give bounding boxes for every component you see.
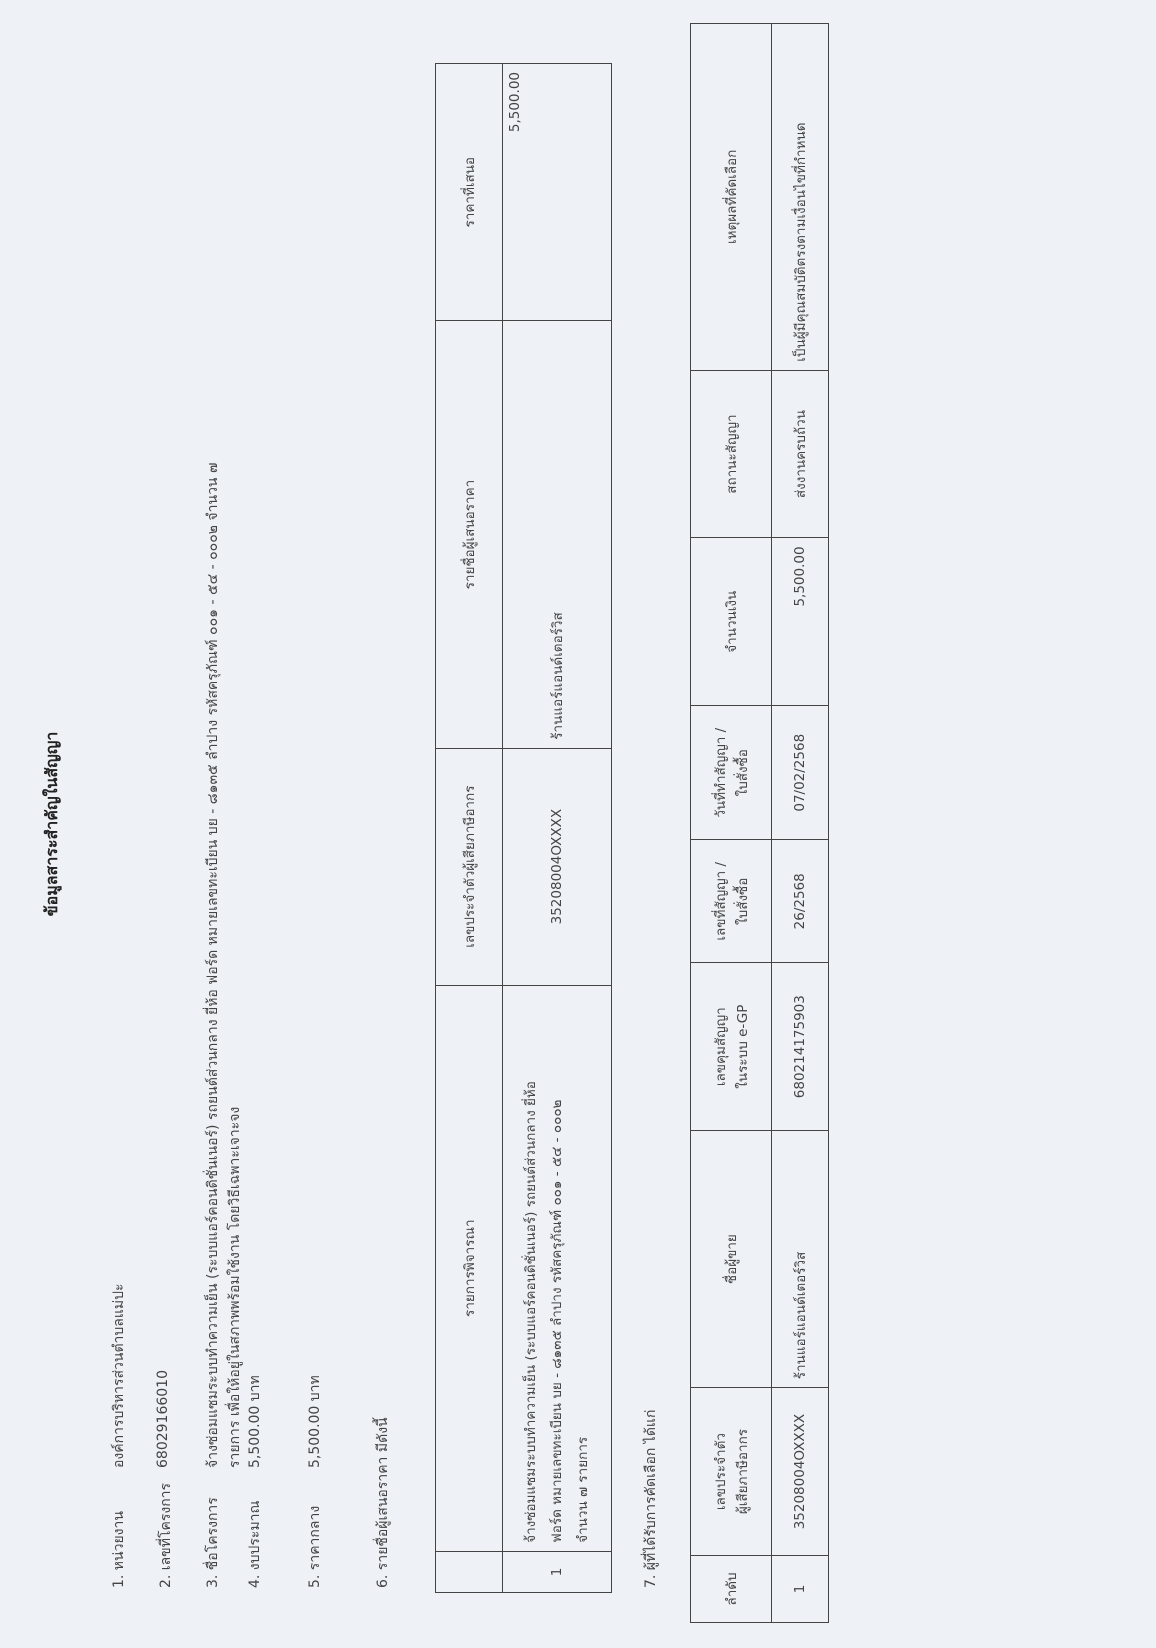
field-value: 5,500.00 บาท: [244, 1375, 266, 1468]
cell-reason: เป็นผู้มีคุณสมบัติตรงตามเงื่อนไขที่กำหนด: [772, 24, 829, 371]
section7-heading: 7. ผู้ที่ได้รับการคัดเลือก ได้แก่: [640, 1410, 662, 1588]
col-header: [436, 1551, 503, 1592]
table-header-row: ลำดับ เลขประจำตัวผู้เสียภาษีอากร ชื่อผู้…: [691, 24, 772, 1623]
col-header: วันที่ทำสัญญา /ใบสั่งซื้อ: [691, 706, 772, 840]
field-label: 2. เลขที่โครงการ: [155, 1483, 177, 1588]
cell-status: ส่งงานครบถ้วน: [772, 370, 829, 538]
section6-heading: 6. รายชื่อผู้เสนอราคา มีดังนี้: [372, 1417, 394, 1588]
bidders-table: รายการพิจารณา เลขประจำตัวผู้เสียภาษีอากร…: [435, 63, 612, 1593]
cell-no: 1: [772, 1555, 829, 1622]
field-label: 1. หน่วยงาน: [108, 1511, 130, 1588]
cell-egp-number: 680214175903: [772, 963, 829, 1131]
field-label: 5. ราคากลาง: [304, 1506, 326, 1588]
cell-contract-date: 07/02/2568: [772, 706, 829, 840]
cell-vendor: ร้านแอร์แอนด์เตอร์วิส: [772, 1131, 829, 1388]
col-header: เหตุผลที่คัดเลือก: [691, 24, 772, 371]
col-header: รายการพิจารณา: [436, 985, 503, 1551]
col-header: ชื่อผู้ขาย: [691, 1131, 772, 1388]
table-row: 1 35208004OXXXX ร้านแอร์แอนด์เตอร์วิส 68…: [772, 24, 829, 1623]
col-header: เลขประจำตัวผู้เสียภาษีอากร: [436, 748, 503, 985]
item-line: จ้างซ่อมแซมระบบทำความเย็น (ระบบแอร์คอนดิ…: [518, 994, 544, 1543]
cell-tax-id: 35208004OXXXX: [503, 748, 612, 985]
cell-price: 5,500.00: [503, 64, 612, 321]
cell-tax-id: 35208004OXXXX: [772, 1388, 829, 1556]
item-line: จำนวน ๗ รายการ: [570, 994, 596, 1543]
col-header: สถานะสัญญา: [691, 370, 772, 538]
field-value: 68029166010: [155, 1370, 171, 1468]
table-header-row: รายการพิจารณา เลขประจำตัวผู้เสียภาษีอากร…: [436, 64, 503, 1593]
table-row: 1 จ้างซ่อมแซมระบบทำความเย็น (ระบบแอร์คอน…: [503, 64, 612, 1593]
cell-item: จ้างซ่อมแซมระบบทำความเย็น (ระบบแอร์คอนดิ…: [503, 985, 612, 1551]
scanned-page: ข้อมูลสาระสำคัญในสัญญา 1. หน่วยงาน องค์ก…: [0, 0, 1156, 1648]
field-label: 4. งบประมาณ: [244, 1500, 266, 1588]
cell-no: 1: [503, 1551, 612, 1592]
item-line: ฟอร์ด หมายเลขทะเบียน บย - ๘๑๓๕ ลำปาง รหั…: [544, 994, 570, 1543]
cell-amount: 5,500.00: [772, 538, 829, 706]
col-header: เลขที่สัญญา /ใบสั่งซื้อ: [691, 840, 772, 963]
field-label: 3. ชื่อโครงการ: [202, 1497, 224, 1588]
col-header: เลขคุมสัญญาในระบบ e-GP: [691, 963, 772, 1131]
col-header: รายชื่อผู้เสนอราคา: [436, 321, 503, 748]
col-header: จำนวนเงิน: [691, 538, 772, 706]
selected-vendor-table: ลำดับ เลขประจำตัวผู้เสียภาษีอากร ชื่อผู้…: [690, 23, 829, 1623]
rotated-document: ข้อมูลสาระสำคัญในสัญญา 1. หน่วยงาน องค์ก…: [0, 0, 1156, 1648]
col-header: ลำดับ: [691, 1555, 772, 1622]
field-value: องค์การบริหารส่วนตำบลแม่ปะ: [108, 1283, 130, 1468]
field-value-line2: รายการ เพื่อให้อยู่ในสภาพพร้อมใช้งาน โดย…: [224, 1107, 246, 1468]
col-header: เลขประจำตัวผู้เสียภาษีอากร: [691, 1388, 772, 1556]
col-header: ราคาที่เสนอ: [436, 64, 503, 321]
document-title: ข้อมูลสาระสำคัญในสัญญา: [40, 0, 65, 1648]
cell-bidder: ร้านแอร์แอนด์เตอร์วิส: [503, 321, 612, 748]
cell-contract-number: 26/2568: [772, 840, 829, 963]
field-value: จ้างซ่อมแซมระบบทำความเย็น (ระบบแอร์คอนดิ…: [202, 463, 224, 1468]
field-value: 5,500.00 บาท: [304, 1375, 326, 1468]
